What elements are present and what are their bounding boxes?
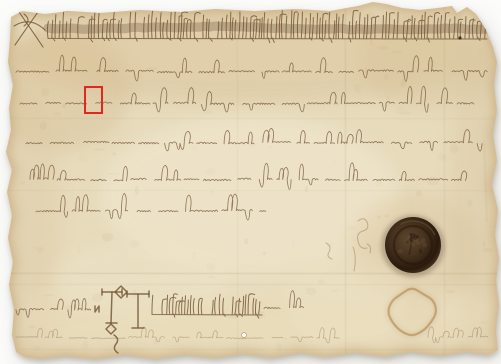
- seal-stain-ring: [389, 289, 436, 335]
- charter-photo-canvas: [0, 0, 501, 364]
- white-hole: [242, 333, 247, 338]
- parchment-sheet: [0, 2, 501, 364]
- dark-hole: [458, 36, 461, 39]
- charter-photo: [0, 0, 501, 364]
